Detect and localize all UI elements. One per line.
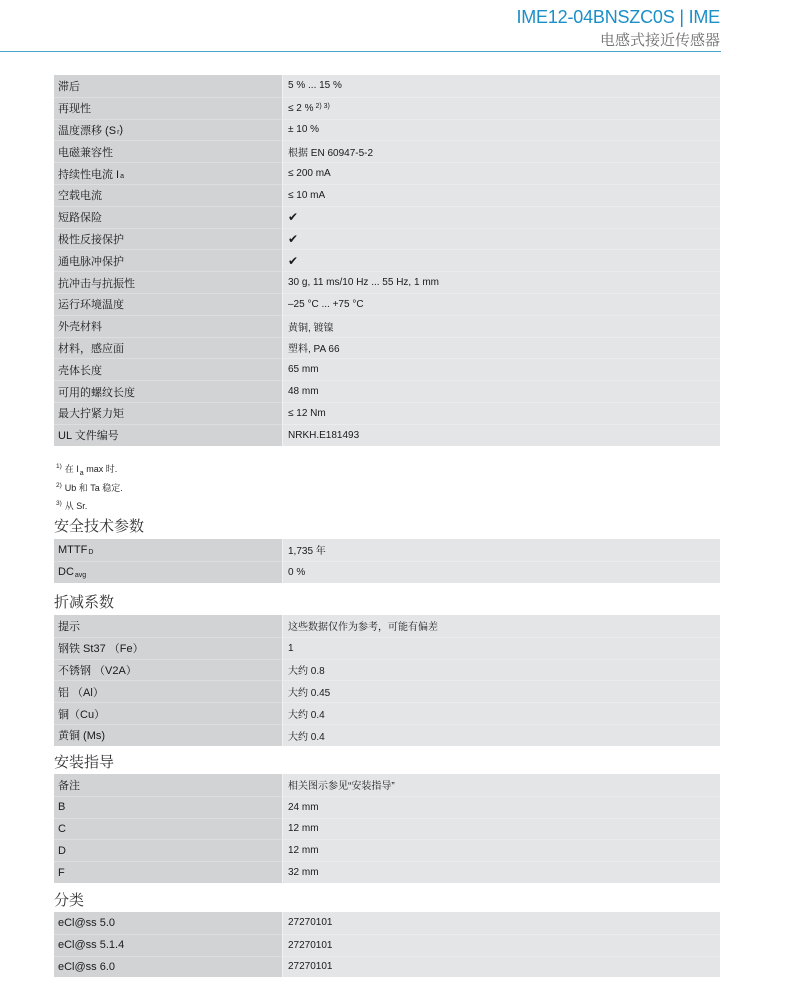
table-row: 运行环境温度–25 °C ... +75 °C xyxy=(54,293,720,315)
row-label: 抗冲击与抗振性 xyxy=(54,271,282,293)
label-subscript: D xyxy=(88,549,93,556)
row-label: DCavg xyxy=(54,561,282,583)
footnote-text: Ub 和 Ta 稳定. xyxy=(65,483,123,493)
table-row: 铝 （Al）大约 0.45 xyxy=(54,680,720,702)
section-title-safety: 安全技术参数 xyxy=(54,515,144,536)
label-subscript: r xyxy=(117,129,119,136)
row-value: –25 °C ... +75 °C xyxy=(282,293,720,315)
label-text: MTTF xyxy=(58,544,87,556)
table-row: 可用的螺纹长度48 mm xyxy=(54,380,720,402)
footnote-number: 3) xyxy=(56,500,62,507)
table-row: 钢铁 St37 （Fe）1 xyxy=(54,637,720,659)
row-label: C xyxy=(54,818,282,840)
row-label: 运行环境温度 xyxy=(54,293,282,315)
row-label: 电磁兼容性 xyxy=(54,140,282,162)
footnote-ref: 2) 3) xyxy=(316,103,330,110)
row-value: 大约 0.45 xyxy=(282,680,720,702)
row-label: 铜（Cu） xyxy=(54,702,282,724)
table-row: 壳体长度65 mm xyxy=(54,358,720,380)
row-label: 极性反接保护 xyxy=(54,228,282,250)
row-value: 大约 0.8 xyxy=(282,659,720,681)
row-value: ≤ 12 Nm xyxy=(282,402,720,424)
table-row: UL 文件编号NRKH.E181493 xyxy=(54,424,720,446)
value-text: ≤ 2 % xyxy=(288,103,314,114)
row-label: 备注 xyxy=(54,774,282,796)
table-row: 提示这些数据仅作为参考，可能有偏差 xyxy=(54,615,720,637)
row-value: 30 g, 11 ms/10 Hz ... 55 Hz, 1 mm xyxy=(282,271,720,293)
row-label: 不锈钢 （V2A） xyxy=(54,659,282,681)
row-label: B xyxy=(54,796,282,818)
row-value: 65 mm xyxy=(282,358,720,380)
row-value: ± 10 % xyxy=(282,119,720,141)
row-value: 1,735 年 xyxy=(282,539,720,561)
row-value: 12 mm xyxy=(282,839,720,861)
label-text: 持续性电流 I xyxy=(58,166,119,182)
checkmark-icon: ✔ xyxy=(288,232,298,246)
row-value: 黄铜, 镀镍 xyxy=(282,315,720,337)
section-title-reduction: 折减系数 xyxy=(54,591,114,612)
row-label: eCl@ss 5.0 xyxy=(54,912,282,934)
row-value: ✔ xyxy=(282,228,720,250)
row-value: ≤ 2 %2) 3) xyxy=(282,97,720,119)
row-value: 1 xyxy=(282,637,720,659)
section-title-classification: 分类 xyxy=(54,889,84,910)
table-row: 抗冲击与抗振性30 g, 11 ms/10 Hz ... 55 Hz, 1 mm xyxy=(54,271,720,293)
row-value: ≤ 200 mA xyxy=(282,162,720,184)
footnote-text: 在 I xyxy=(65,464,79,474)
section-title-installation: 安装指导 xyxy=(54,751,114,772)
row-value: ✔ xyxy=(282,249,720,271)
table-row: 黄铜 (Ms)大约 0.4 xyxy=(54,724,720,746)
table-row: F32 mm xyxy=(54,861,720,883)
label-subscript: a xyxy=(120,173,124,180)
row-value: 48 mm xyxy=(282,380,720,402)
table-row: 外壳材料黄铜, 镀镍 xyxy=(54,315,720,337)
table-row: 滞后5 % ... 15 % xyxy=(54,75,720,97)
row-label: eCl@ss 5.1.4 xyxy=(54,934,282,956)
safety-table: MTTFD1,735 年 DCavg0 % xyxy=(54,539,720,583)
footnote: 2)Ub 和 Ta 稳定. xyxy=(56,480,123,499)
row-label: 材料，感应面 xyxy=(54,337,282,359)
footnote-number: 1) xyxy=(56,463,62,470)
row-value: 32 mm xyxy=(282,861,720,883)
row-label: 最大拧紧力矩 xyxy=(54,402,282,424)
row-value: 5 % ... 15 % xyxy=(282,75,720,97)
footnote: 1)在 Ia max 时. xyxy=(56,461,123,480)
classification-table: eCl@ss 5.027270101 eCl@ss 5.1.427270101 … xyxy=(54,912,720,977)
reduction-table: 提示这些数据仅作为参考，可能有偏差 钢铁 St37 （Fe）1 不锈钢 （V2A… xyxy=(54,615,720,746)
row-label: D xyxy=(54,839,282,861)
product-title: IME12-04BNSZC0S | IME xyxy=(516,7,720,28)
footnote-subscript: a xyxy=(80,470,84,477)
table-row: 材料，感应面塑料, PA 66 xyxy=(54,337,720,359)
row-label: 钢铁 St37 （Fe） xyxy=(54,637,282,659)
table-row: eCl@ss 6.027270101 xyxy=(54,956,720,978)
table-row: 温度漂移 (Sr)± 10 % xyxy=(54,119,720,141)
installation-table: 备注相关图示参见“安装指导” B24 mm C12 mm D12 mm F32 … xyxy=(54,774,720,883)
row-label: 通电脉冲保护 xyxy=(54,249,282,271)
row-label: 可用的螺纹长度 xyxy=(54,380,282,402)
table-row: C12 mm xyxy=(54,818,720,840)
row-value: 这些数据仅作为参考，可能有偏差 xyxy=(282,615,720,637)
checkmark-icon: ✔ xyxy=(288,254,298,268)
row-value: 27270101 xyxy=(282,956,720,978)
table-row: 短路保险✔ xyxy=(54,206,720,228)
footnote-number: 2) xyxy=(56,482,62,489)
row-value: 大约 0.4 xyxy=(282,724,720,746)
row-label: 空载电流 xyxy=(54,184,282,206)
footnote: 3)从 Sr. xyxy=(56,498,123,517)
row-value: 24 mm xyxy=(282,796,720,818)
table-row: B24 mm xyxy=(54,796,720,818)
page-header: IME12-04BNSZC0S | IME 电感式接近传感器 xyxy=(0,0,795,52)
row-label: 再现性 xyxy=(54,97,282,119)
row-label: 滞后 xyxy=(54,75,282,97)
row-value: 27270101 xyxy=(282,912,720,934)
row-label: 温度漂移 (Sr) xyxy=(54,119,282,141)
row-value: 0 % xyxy=(282,561,720,583)
checkmark-icon: ✔ xyxy=(288,210,298,224)
table-row: 空载电流≤ 10 mA xyxy=(54,184,720,206)
row-label: 持续性电流 Ia xyxy=(54,162,282,184)
table-row: 不锈钢 （V2A）大约 0.8 xyxy=(54,659,720,681)
specs-table: 滞后5 % ... 15 % 再现性≤ 2 %2) 3) 温度漂移 (Sr)± … xyxy=(54,75,720,446)
footnote-text-suffix: max 时. xyxy=(84,464,118,474)
table-row: eCl@ss 5.1.427270101 xyxy=(54,934,720,956)
label-suffix: ) xyxy=(119,124,123,136)
footnotes: 1)在 Ia max 时. 2)Ub 和 Ta 稳定. 3)从 Sr. xyxy=(56,461,123,517)
row-value: ≤ 10 mA xyxy=(282,184,720,206)
table-row: 持续性电流 Ia≤ 200 mA xyxy=(54,162,720,184)
table-row: 通电脉冲保护✔ xyxy=(54,249,720,271)
row-label: 壳体长度 xyxy=(54,358,282,380)
row-value: NRKH.E181493 xyxy=(282,424,720,446)
row-value: 相关图示参见“安装指导” xyxy=(282,774,720,796)
table-row: eCl@ss 5.027270101 xyxy=(54,912,720,934)
table-row: 再现性≤ 2 %2) 3) xyxy=(54,97,720,119)
row-label: 短路保险 xyxy=(54,206,282,228)
row-label: F xyxy=(54,861,282,883)
header-divider xyxy=(0,51,721,52)
row-label: 铝 （Al） xyxy=(54,680,282,702)
product-subtitle: 电感式接近传感器 xyxy=(600,29,720,50)
row-value: 12 mm xyxy=(282,818,720,840)
row-label: MTTFD xyxy=(54,539,282,561)
table-row: 备注相关图示参见“安装指导” xyxy=(54,774,720,796)
row-label: eCl@ss 6.0 xyxy=(54,956,282,978)
label-subscript: avg xyxy=(75,572,86,579)
table-row: 极性反接保护✔ xyxy=(54,228,720,250)
label-text: DC xyxy=(58,566,74,578)
row-label: UL 文件编号 xyxy=(54,424,282,446)
row-value: 大约 0.4 xyxy=(282,702,720,724)
table-row: 电磁兼容性根据 EN 60947-5-2 xyxy=(54,140,720,162)
footnote-text: 从 Sr. xyxy=(65,501,88,511)
row-label: 外壳材料 xyxy=(54,315,282,337)
label-text: 温度漂移 (S xyxy=(58,122,116,138)
row-value: 27270101 xyxy=(282,934,720,956)
row-value: 根据 EN 60947-5-2 xyxy=(282,140,720,162)
row-value: 塑料, PA 66 xyxy=(282,337,720,359)
row-label: 提示 xyxy=(54,615,282,637)
row-label: 黄铜 (Ms) xyxy=(54,724,282,746)
table-row: MTTFD1,735 年 xyxy=(54,539,720,561)
row-value: ✔ xyxy=(282,206,720,228)
table-row: 最大拧紧力矩≤ 12 Nm xyxy=(54,402,720,424)
table-row: DCavg0 % xyxy=(54,561,720,583)
table-row: 铜（Cu）大约 0.4 xyxy=(54,702,720,724)
table-row: D12 mm xyxy=(54,839,720,861)
